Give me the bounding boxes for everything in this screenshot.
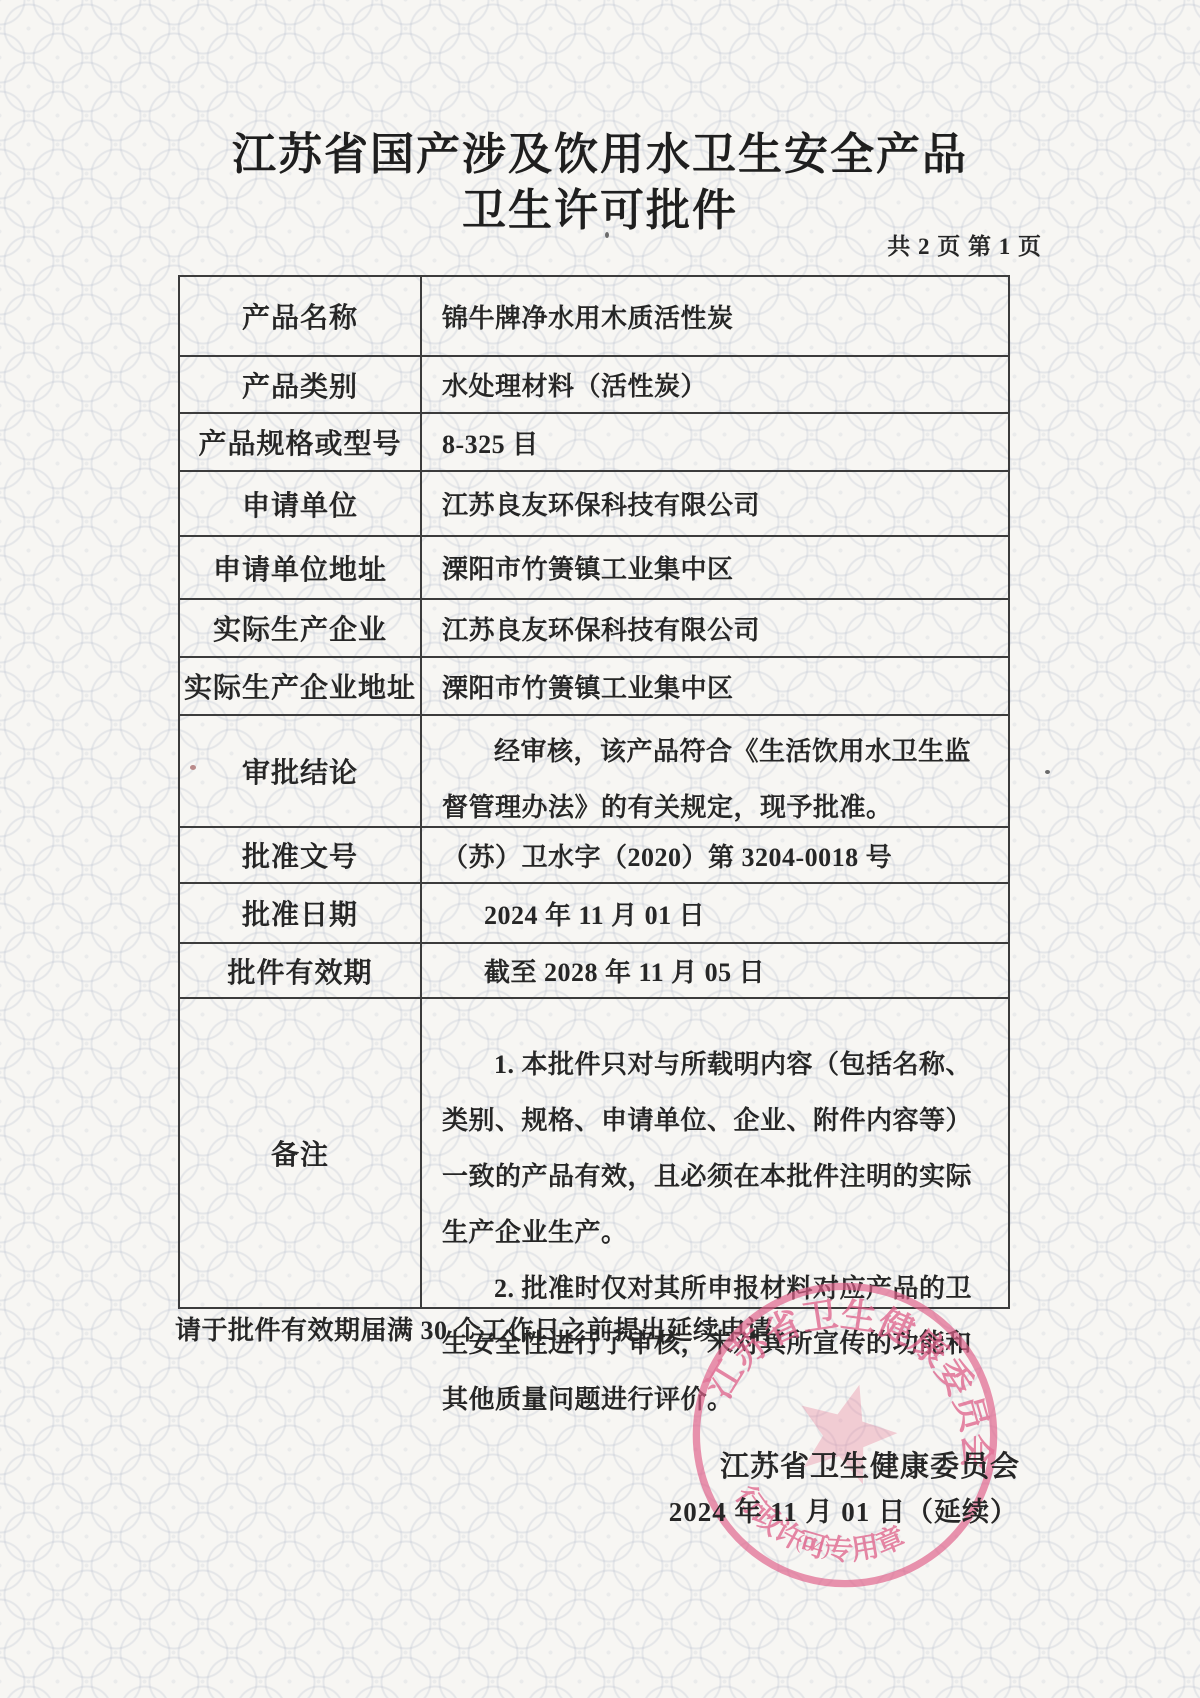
- row-label: 产品名称: [180, 277, 422, 355]
- issue-date: 2024 年 11 月 01 日（延续）: [669, 1490, 1018, 1529]
- table-row-product-name: 产品名称 锦牛牌净水用木质活性炭: [180, 277, 1008, 357]
- table-row-approval-date: 批准日期 2024 年 11 月 01 日: [180, 884, 1008, 944]
- scan-speck: [190, 765, 196, 770]
- row-value: 溧阳市竹箦镇工业集中区: [422, 658, 1008, 714]
- issuer-name: 江苏省卫生健康委员会: [720, 1444, 1020, 1485]
- row-value: 锦牛牌净水用木质活性炭: [422, 277, 1008, 355]
- page-indicator: 共 2 页 第 1 页: [887, 228, 1042, 261]
- table-row-product-spec: 产品规格或型号 8-325 目: [180, 414, 1008, 472]
- row-label: 批件有效期: [180, 944, 422, 997]
- row-value: 2024 年 11 月 01 日: [422, 884, 1008, 942]
- row-label: 产品规格或型号: [180, 414, 422, 470]
- row-label: 申请单位地址: [180, 537, 422, 598]
- remark-paragraph-1: 1. 本批件只对与所载明内容（包括名称、类别、规格、申请单位、企业、附件内容等）…: [442, 1037, 992, 1261]
- row-value: （苏）卫水字（2020）第 3204-0018 号: [422, 828, 1008, 882]
- conclusion-text: 经审核，该产品符合《生活饮用水卫生监督管理办法》的有关规定，现予批准。: [442, 724, 992, 836]
- row-label: 批准日期: [180, 884, 422, 942]
- row-label: 审批结论: [180, 716, 422, 826]
- row-label: 备注: [180, 999, 422, 1307]
- row-value: 截至 2028 年 11 月 05 日: [422, 944, 1008, 997]
- row-value: 江苏良友环保科技有限公司: [422, 472, 1008, 535]
- table-row-approval-conclusion: 审批结论 经审核，该产品符合《生活饮用水卫生监督管理办法》的有关规定，现予批准。: [180, 716, 1008, 828]
- document-title-line1: 江苏省国产涉及饮用水卫生安全产品: [0, 118, 1200, 182]
- table-row-remarks: 备注 1. 本批件只对与所载明内容（包括名称、类别、规格、申请单位、企业、附件内…: [180, 999, 1008, 1307]
- scan-speck: [605, 232, 609, 238]
- row-label: 实际生产企业: [180, 600, 422, 656]
- row-value: 水处理材料（活性炭）: [422, 357, 1008, 412]
- table-row-product-category: 产品类别 水处理材料（活性炭）: [180, 357, 1008, 414]
- renewal-note: 请于批件有效期届满 30 个工作日之前提出延续申请。: [175, 1310, 799, 1347]
- table-row-validity: 批件有效期 截至 2028 年 11 月 05 日: [180, 944, 1008, 999]
- row-value: 经审核，该产品符合《生活饮用水卫生监督管理办法》的有关规定，现予批准。: [422, 716, 1008, 826]
- row-value: 溧阳市竹箦镇工业集中区: [422, 537, 1008, 598]
- row-label: 批准文号: [180, 828, 422, 882]
- row-value: 8-325 目: [422, 414, 1008, 470]
- row-value: 1. 本批件只对与所载明内容（包括名称、类别、规格、申请单位、企业、附件内容等）…: [422, 999, 1008, 1307]
- approval-table: 产品名称 锦牛牌净水用木质活性炭 产品类别 水处理材料（活性炭） 产品规格或型号…: [178, 275, 1010, 1309]
- table-row-manufacturer: 实际生产企业 江苏良友环保科技有限公司: [180, 600, 1008, 658]
- row-label: 实际生产企业地址: [180, 658, 422, 714]
- table-row-applicant-address: 申请单位地址 溧阳市竹箦镇工业集中区: [180, 537, 1008, 600]
- row-label: 产品类别: [180, 357, 422, 412]
- scan-speck: [1045, 770, 1050, 774]
- table-row-approval-number: 批准文号 （苏）卫水字（2020）第 3204-0018 号: [180, 828, 1008, 884]
- table-row-manufacturer-address: 实际生产企业地址 溧阳市竹箦镇工业集中区: [180, 658, 1008, 716]
- table-row-applicant: 申请单位 江苏良友环保科技有限公司: [180, 472, 1008, 537]
- row-label: 申请单位: [180, 472, 422, 535]
- row-value: 江苏良友环保科技有限公司: [422, 600, 1008, 656]
